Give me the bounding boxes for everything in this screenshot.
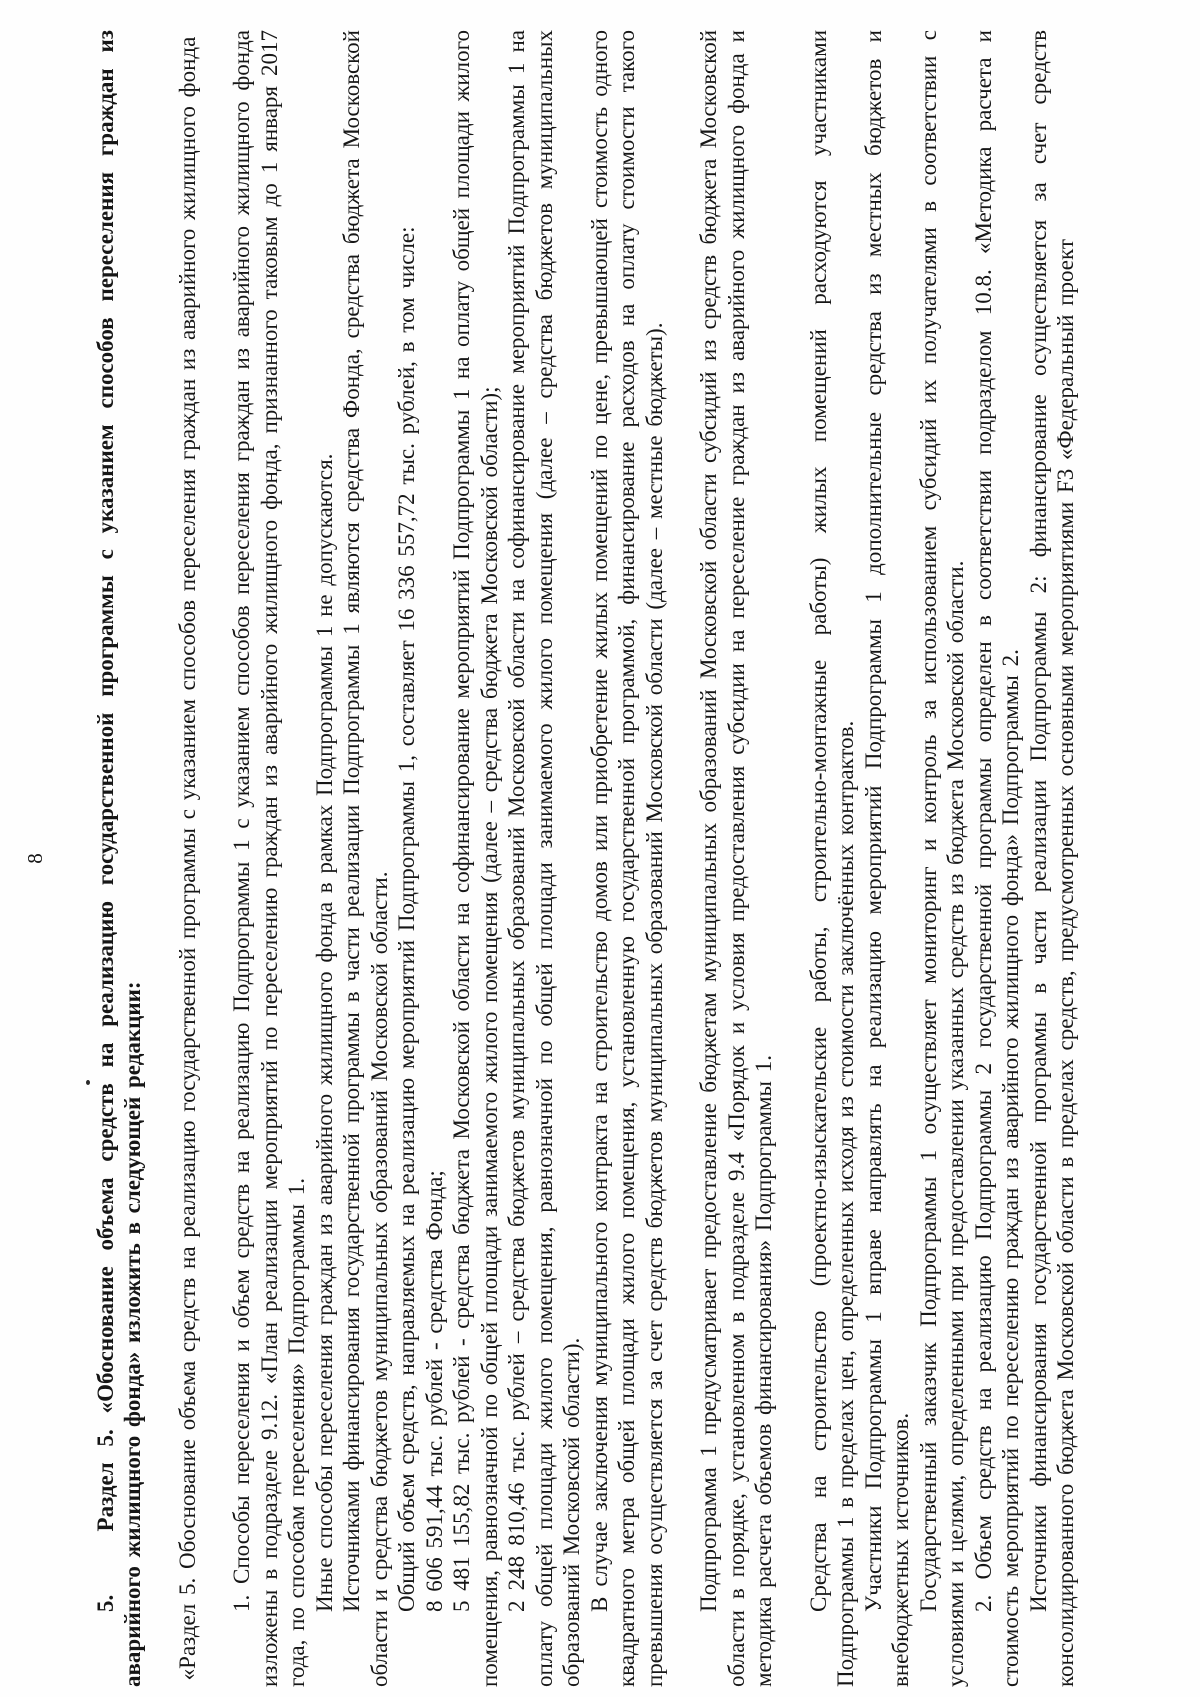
amendment-intro-paragraph: 5. Раздел 5. «Обоснование объема средств… bbox=[92, 30, 147, 1687]
paragraph-municipal-contract: В случае заключения муниципального контр… bbox=[586, 30, 669, 1687]
paragraph-subprogram-2-sources: Источники финансирования государственной… bbox=[1025, 30, 1080, 1687]
paragraph-ways-of-resettlement: 1. Способы переселения и объем средств н… bbox=[228, 30, 311, 1687]
document-body: 5. Раздел 5. «Обоснование объема средств… bbox=[92, 30, 1080, 1687]
scan-speck bbox=[86, 1080, 90, 1085]
paragraph-total-volume: Общий объем средств, направляемых на реа… bbox=[393, 30, 421, 1687]
paragraph-other-ways: Иные способы переселения граждан из авар… bbox=[311, 30, 339, 1687]
paragraph-participants: Участники Подпрограммы 1 вправе направля… bbox=[860, 30, 915, 1687]
paragraph-subsidies: Подпрограмма 1 предусматривает предостав… bbox=[695, 30, 778, 1687]
section-heading: «Раздел 5. Обоснование объема средств на… bbox=[174, 30, 202, 1687]
list-item-fund-money: 8 606 591,44 тыс. рублей - средства Фонд… bbox=[421, 30, 449, 1687]
paragraph-state-customer: Государственный заказчик Подпрограммы 1 … bbox=[915, 30, 970, 1687]
paragraph-subprogram-2-volume: 2. Объем средств на реализацию Подпрогра… bbox=[970, 30, 1025, 1687]
document-page: 8 5. Раздел 5. «Обоснование объема средс… bbox=[0, 0, 1200, 1697]
list-item-municipal-budgets: 2 248 810,46 тыс. рублей – средства бюдж… bbox=[503, 30, 586, 1687]
page-number: 8 bbox=[22, 30, 50, 1687]
scanned-document-viewport: 8 5. Раздел 5. «Обоснование объема средс… bbox=[0, 0, 1200, 1697]
paragraph-construction-funds: Средства на строительство (проектно-изыс… bbox=[805, 30, 860, 1687]
paragraph-funding-sources-1: Источниками финансирования государственн… bbox=[338, 30, 393, 1687]
list-item-oblast-budget: 5 481 155,82 тыс. рублей - средства бюдж… bbox=[448, 30, 503, 1687]
